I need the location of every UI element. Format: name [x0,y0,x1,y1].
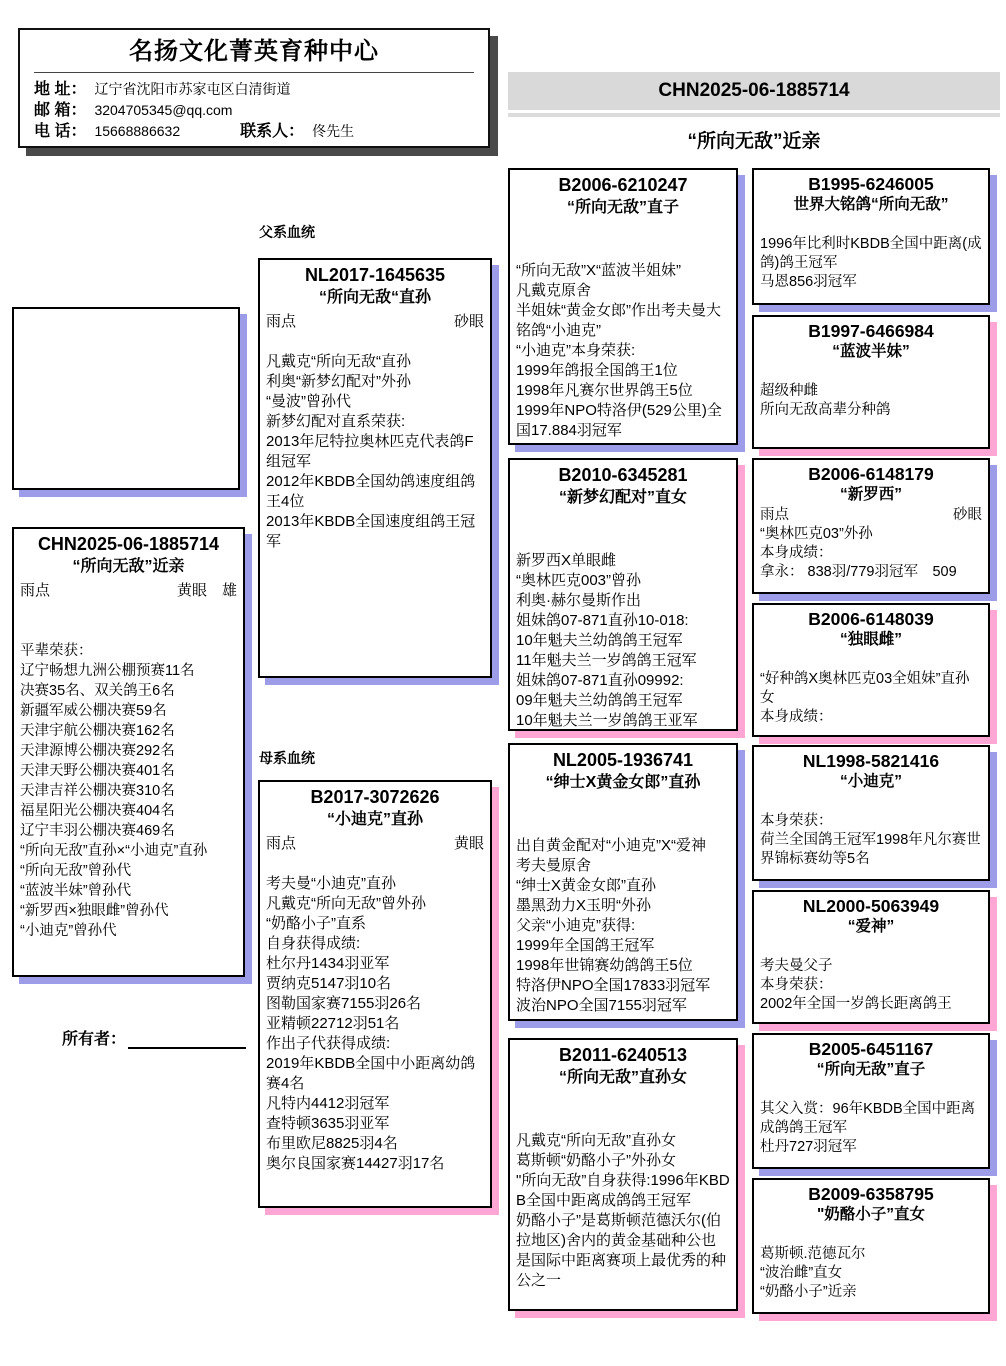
pedigree-line: 2012年KBDB全国幼鸽速度组鸽王4位 [266,472,484,512]
pedigree-subtitle: “所向无敌”近亲 [508,126,1000,153]
grandparent-box-2: B2010-6345281“新梦幻配对”直女 新罗西X单眼雌“奥林匹克003”曾… [508,458,738,731]
main-bird-box: CHN2025-06-1885714“所向无敌”近亲雨点黄眼 雄 平辈荣获：辽宁… [12,527,245,977]
pedigree-line: 凡戴克“所向无敌“直孙 [266,352,484,372]
feather-eye-row: 雨点黄眼 [266,833,484,854]
greatgrandparent-box-6: NL2000-5063949“爱神” 考夫曼父子本身荣获：2002年全国一岁鸽长… [752,890,990,1024]
ring-number: B1997-6466984 [760,320,982,342]
pedigree-line: 特洛伊NPO全国17833羽冠军 [516,976,730,996]
ring-number: NL2000-5063949 [760,895,982,917]
pedigree-line [516,241,730,261]
pedigree-line: 利奥“新梦幻配对”外孙 [266,372,484,392]
pedigree-line: “奥林匹克003”曾孙 [516,571,730,591]
pedigree-line: 新梦幻配对直系荣获: [266,412,484,432]
pedigree-line: 1998年世锦赛幼鸽鸽王5位 [516,956,730,976]
email-row: 邮 箱： 3204705345@qq.com [34,100,474,121]
mother-box: B2017-3072626“小迪克”直孙雨点黄眼 考夫曼“小迪克”直孙凡戴克“所… [258,780,492,1208]
pigeon-name: “所向无敌”近亲 [20,556,237,578]
pedigree-line: 亚精顿22712羽51名 [266,1014,484,1034]
pedigree-line: 11年魁夫兰一岁鸽鸽王冠军 [516,651,730,671]
contact-value: 佟先生 [312,121,354,142]
ring-number: B2005-6451167 [760,1038,982,1060]
ring-banner: CHN2025-06-1885714 “所向无敌”近亲 [508,72,1000,153]
pedigree-line: 利奥·赫尔曼斯作出 [516,591,730,611]
feather-color: 雨点 [266,833,296,854]
pedigree-line: 拿永： 838羽/779羽冠军 509 [760,563,982,582]
pigeon-name: “新梦幻配对”直女 [516,487,730,509]
pedigree-line: 考夫曼父子 [760,957,982,976]
greatgrandparent-box-8: B2009-6358795"奶酪小子”直女 葛斯顿.范德瓦尔“波治雌”直女“奶酪… [752,1178,990,1314]
pedigree-line [760,1226,982,1245]
ring-number: B2009-6358795 [760,1183,982,1205]
pedigree-line: 决赛35名、双关鸽王6名 [20,681,237,701]
father-box: NL2017-1645635“所向无敌“直孙雨点砂眼 凡戴克“所向无敌“直孙利奥… [258,258,492,678]
pigeon-name: “小迪克”直孙 [266,809,484,831]
pedigree-line: “新罗西×独眼雌”曾孙代 [20,901,237,921]
pedigree-line: 福星阳光公棚决赛404名 [20,801,237,821]
pedigree-line [266,854,484,874]
pigeon-name: “所向无敌“直孙 [266,287,484,309]
pedigree-line: “所向无敌”直孙×“小迪克”直孙 [20,841,237,861]
pedigree-line [516,816,730,836]
pigeon-name: “蓝波半妹” [760,342,982,362]
greatgrandparent-box-2: B1997-6466984“蓝波半妹” 超级种雌所向无敌高辈分种鸽 [752,315,990,449]
address-value: 辽宁省沈阳市苏家屯区白清街道 [94,79,290,100]
breeder-center-title: 名扬文化菁英育种中心 [34,36,474,68]
feather-color: 雨点 [266,311,296,332]
pedigree-line: 1998年凡赛尔世界鸽王5位 [516,381,730,401]
pedigree-line: 墨黑劲力X玉明“外孙 [516,896,730,916]
pedigree-line: 本身成绩： [760,708,982,727]
pedigree-line: 父亲“小迪克”获得: [516,916,730,936]
pedigree-line [760,1081,982,1100]
pedigree-line [760,938,982,957]
pedigree-line: 凡戴克原舍 [516,281,730,301]
pedigree-line: 荷兰全国鸽王冠军1998年凡尔赛世界锦标赛幼等5名 [760,831,982,869]
greatgrandparent-box-4: B2006-6148039“独眼雌” “好种鸽X奥林匹克03全姐妹”直孙女本身成… [752,603,990,737]
grandparent-box-3: NL2005-1936741“绅士X黄金女郎”直孙 出自黄金配对“小迪克”X“爱… [508,743,738,1021]
pedigree-line: 2019年KBDB全国中小距离幼鸽赛4名 [266,1054,484,1094]
pedigree-line: 所向无敌高辈分种鸽 [760,401,982,420]
ring-number: B2010-6345281 [516,463,730,487]
photo-placeholder-box [12,307,240,490]
pedigree-line: 1999年鸽报全国鸽王1位 [516,361,730,381]
banner-strip [508,113,1000,117]
pedigree-line: 1999年NPO特洛伊(529公里)全国17.884羽冠军 [516,401,730,441]
pedigree-line [760,651,982,670]
pedigree-line [760,363,982,382]
father-lineage-label: 父系血统 [259,222,315,242]
pigeon-name: “绅士X黄金女郎”直孙 [516,772,730,794]
pedigree-line: 考夫曼“小迪克”直孙 [266,874,484,894]
pedigree-line: 葛斯顿“奶酪小子”外孙女 [516,1151,730,1171]
pedigree-line: 奥尔良国家赛14427羽17名 [266,1154,484,1174]
eye-color: 砂眼 [953,506,982,525]
pedigree-line [516,221,730,241]
pedigree-line [516,1111,730,1131]
pedigree-line [516,511,730,531]
pedigree-line: “奶酪小子”直系 [266,914,484,934]
greatgrandparent-box-7: B2005-6451167“所向无敌”直子 其父入赏：96年KBDB全国中距离成… [752,1033,990,1169]
ring-number: B2006-6148179 [760,463,982,485]
breeder-header-card: 名扬文化菁英育种中心 地 址： 辽宁省沈阳市苏家屯区白清街道 邮 箱： 3204… [18,28,490,148]
eye-color: 黄眼 [454,833,484,854]
pedigree-line: 2013年尼特拉奥林匹克代表鸽F组冠军 [266,432,484,472]
pedigree-line: 布里欧尼8825羽4名 [266,1134,484,1154]
pedigree-line: 09年魁夫兰幼鸽鸽王冠军 [516,691,730,711]
pedigree-line: 出自黄金配对“小迪克”X“爱神 [516,836,730,856]
pedigree-line: 新疆军威公棚决赛59名 [20,701,237,721]
pedigree-line: 天津源博公棚决赛292名 [20,741,237,761]
pedigree-line: 本身荣获： [760,976,982,995]
pigeon-name: “独眼雌” [760,630,982,650]
owner-label: 所有者： [62,1026,126,1049]
pedigree-line [760,216,982,235]
eye-color: 砂眼 [454,311,484,332]
feather-eye-row: 雨点黄眼 雄 [20,580,237,601]
pedigree-line [20,621,237,641]
feather-color: 雨点 [20,580,50,601]
ring-number: NL2005-1936741 [516,748,730,772]
pedigree-line [266,332,484,352]
pedigree-line: 其父入赏：96年KBDB全国中距离成鸽鸽王冠军 [760,1100,982,1138]
pedigree-line: “蓝波半妹”曾孙代 [20,881,237,901]
pedigree-line: 1999年全国鸽王冠军 [516,936,730,956]
pedigree-line [20,601,237,621]
pedigree-line: “曼波”曾孙代 [266,392,484,412]
pedigree-line [516,1091,730,1111]
pedigree-page: 名扬文化菁英育种中心 地 址： 辽宁省沈阳市苏家屯区白清街道 邮 箱： 3204… [0,0,1006,1366]
ring-number: B2017-3072626 [266,785,484,809]
pigeon-name: “所向无敌”直子 [760,1060,982,1080]
pedigree-line: 天津天野公棚决赛401名 [20,761,237,781]
pedigree-line: 新罗西X单眼雌 [516,551,730,571]
feather-color: 雨点 [760,506,789,525]
email-label: 邮 箱： [34,100,86,121]
pigeon-name: “所向无敌”直孙女 [516,1067,730,1089]
pedigree-line: 辽宁丰羽公棚决赛469名 [20,821,237,841]
pedigree-line: 马恩856羽冠军 [760,273,982,292]
header-divider [34,72,474,73]
pedigree-line: “小迪克”本身荣获: [516,341,730,361]
pedigree-line: 奶酪小子”是葛斯顿范德沃尔(伯拉地区)舍内的黄金基础种公也是国际中距离赛项上最优… [516,1211,730,1291]
pedigree-line: “小迪克”曾孙代 [20,921,237,941]
address-row: 地 址： 辽宁省沈阳市苏家屯区白清街道 [34,79,474,100]
phone-label: 电 话： [34,121,86,142]
greatgrandparent-box-3: B2006-6148179“新罗西”雨点砂眼“奥林匹克03”外孙本身成绩：拿永：… [752,458,990,594]
pigeon-name: “爱神” [760,917,982,937]
pedigree-line: 作出子代获得成绩: [266,1034,484,1054]
ring-number: CHN2025-06-1885714 [20,532,237,556]
pedigree-line: 自身获得成绩: [266,934,484,954]
pigeon-name: “新罗西” [760,485,982,505]
pigeon-name: “小迪克” [760,772,982,792]
pedigree-line: 杜尔丹1434羽亚军 [266,954,484,974]
pedigree-line [516,531,730,551]
grandparent-box-1: B2006-6210247“所向无敌”直子 “所向无敌”X“蓝波半姐妹”凡戴克原… [508,168,738,445]
pedigree-line: 1996年比利时KBDB全国中距离(成鸽)鸽王冠军 [760,235,982,273]
greatgrandparent-box-1: B1995-6246005世界大铭鸽“所向无敌” 1996年比利时KBDB全国中… [752,168,990,305]
pedigree-line: 姐妹鸽07-871直孙09992: [516,671,730,691]
pedigree-line: 图勒国家赛7155羽26名 [266,994,484,1014]
mother-lineage-label: 母系血统 [259,748,315,768]
pedigree-line: 天津宇航公棚决赛162名 [20,721,237,741]
pedigree-line: 凡戴克“所向无敌”曾外孙 [266,894,484,914]
pedigree-line: 葛斯顿.范德瓦尔 [760,1245,982,1264]
address-label: 地 址： [34,79,86,100]
pedigree-line: 2002年全国一岁鸽长距离鸽王 [760,995,982,1014]
pedigree-line: 半姐妹“黄金女郎”作出考夫曼大铭鸽“小迪克” [516,301,730,341]
pedigree-line: “所向无敌”曾孙代 [20,861,237,881]
pigeon-name: 世界大铭鸽“所向无敌” [760,195,982,215]
contact-label: 联系人： [240,121,304,142]
greatgrandparent-box-5: NL1998-5821416“小迪克” 本身荣获：荷兰全国鸽王冠军1998年凡尔… [752,745,990,881]
pigeon-name: “所向无敌”直子 [516,197,730,219]
grandparent-box-4: B2011-6240513“所向无敌”直孙女 凡戴克“所向无敌”直孙女葛斯顿“奶… [508,1038,738,1311]
ring-number-bar: CHN2025-06-1885714 [508,72,1000,110]
pedigree-line: 10年魁夫兰一岁鸽鸽王亚军 [516,711,730,731]
ring-number: B2006-6148039 [760,608,982,630]
ring-number: B2006-6210247 [516,173,730,197]
owner-row: 所有者： [62,1026,246,1049]
pedigree-line: 平辈荣获： [20,641,237,661]
pedigree-line: 查特顿3635羽亚军 [266,1114,484,1134]
pedigree-line: “好种鸽X奥林匹克03全姐妹”直孙女 [760,670,982,708]
pedigree-line: 杜丹727羽冠军 [760,1138,982,1157]
pedigree-line: 贾纳克5147羽10名 [266,974,484,994]
pedigree-line: 2013年KBDB全国速度组鸽王冠军 [266,512,484,552]
pigeon-name: "奶酪小子”直女 [760,1205,982,1225]
pedigree-line [760,793,982,812]
pedigree-line: 天津吉祥公棚决赛310名 [20,781,237,801]
pedigree-line [516,796,730,816]
pedigree-line: “绅士X黄金女郎”直孙 [516,876,730,896]
ring-number: B2011-6240513 [516,1043,730,1067]
owner-signature-line [128,1031,246,1049]
phone-row: 电 话： 15668886632 联系人： 佟先生 [34,121,474,142]
ring-number: B1995-6246005 [760,173,982,195]
pedigree-line: 本身荣获： [760,812,982,831]
pedigree-line: 辽宁畅想九洲公棚预赛11名 [20,661,237,681]
feather-eye-row: 雨点砂眼 [266,311,484,332]
ring-number: NL1998-5821416 [760,750,982,772]
pedigree-line: “波治雌”直女 [760,1264,982,1283]
pedigree-line: 凡特内4412羽冠军 [266,1094,484,1114]
ring-number: NL2017-1645635 [266,263,484,287]
pedigree-line: 波治NPO全国7155羽冠军 [516,996,730,1016]
email-value: 3204705345@qq.com [94,100,232,121]
pedigree-line: “所向无敌”X“蓝波半姐妹” [516,261,730,281]
pedigree-line: 考夫曼原舍 [516,856,730,876]
pedigree-line: “奥林匹克03”外孙 [760,525,982,544]
pedigree-line: 凡戴克“所向无敌”直孙女 [516,1131,730,1151]
pedigree-line: “奶酪小子”近亲 [760,1283,982,1302]
phone-value: 15668886632 [94,121,180,142]
eye-color: 黄眼 雄 [177,580,237,601]
pedigree-line: "所向无敌”自身获得:1996年KBDB全国中距离成鸽鸽王冠军 [516,1171,730,1211]
pedigree-line: 姐妹鸽07-871直孙10-018: [516,611,730,631]
pedigree-line: 10年魁夫兰幼鸽鸽王冠军 [516,631,730,651]
feather-eye-row: 雨点砂眼 [760,506,982,525]
pedigree-line: 本身成绩： [760,544,982,563]
pedigree-line: 超级种雌 [760,382,982,401]
